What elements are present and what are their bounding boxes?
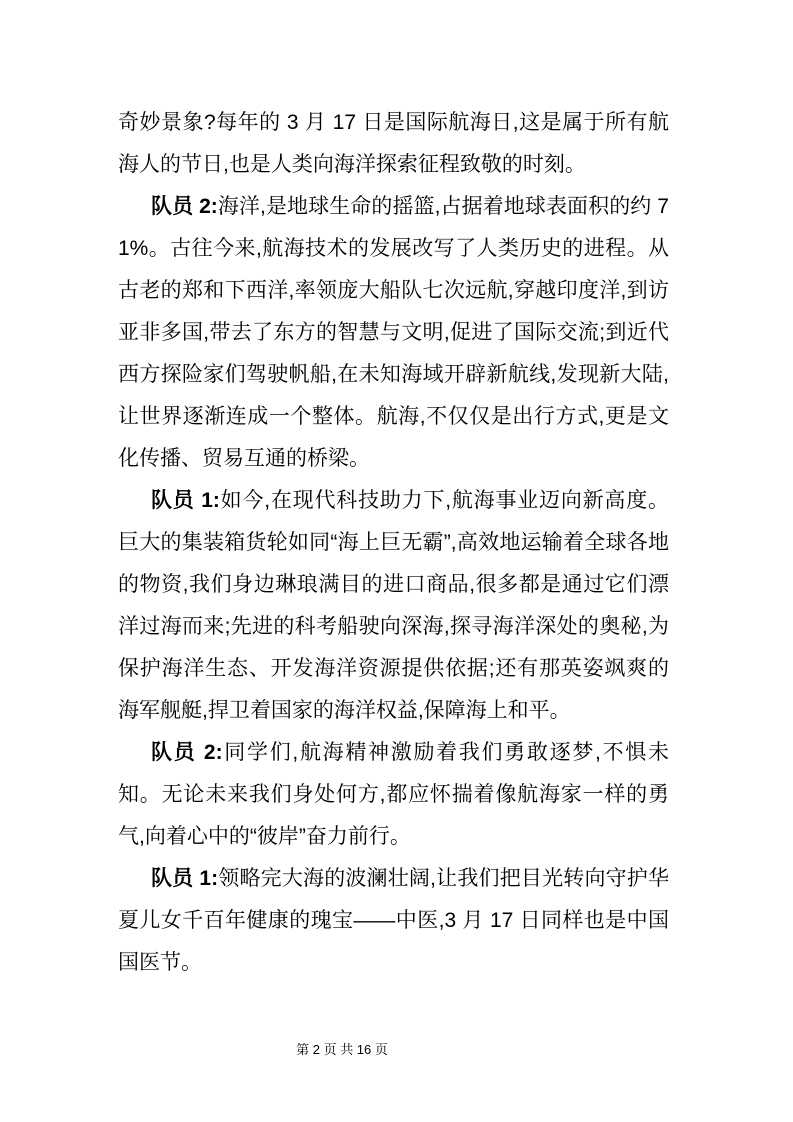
paragraph: 队员 2:同学们,航海精神激励着我们勇敢逐梦,不惧未知。无论未来我们身处何方,都…: [118, 732, 669, 858]
document-body: 奇妙景象?每年的 3 月 17 日是国际航海日,这是属于所有航海人的节日,也是人…: [118, 102, 669, 984]
paragraph: 奇妙景象?每年的 3 月 17 日是国际航海日,这是属于所有航海人的节日,也是人…: [118, 102, 669, 186]
paragraph: 队员 1:如今,在现代科技助力下,航海事业迈向新高度。巨大的集装箱货轮如同“海上…: [118, 480, 669, 732]
speaker-label: 队员 1:: [151, 489, 220, 512]
paragraph-text: 奇妙景象?每年的 3 月 17 日是国际航海日,这是属于所有航海人的节日,也是人…: [118, 111, 669, 176]
paragraph-text: 如今,在现代科技助力下,航海事业迈向新高度。巨大的集装箱货轮如同“海上巨无霸”,…: [118, 489, 669, 722]
paragraph-text: 海洋,是地球生命的摇篮,占据着地球表面积的约 71%。古往今来,航海技术的发展改…: [118, 195, 669, 470]
page-footer: 第 2 页 共 16 页: [296, 1042, 388, 1058]
speaker-label: 队员 2:: [151, 195, 218, 218]
speaker-label: 队员 2:: [151, 741, 223, 764]
page-number: 第 2 页 共 16 页: [296, 1042, 388, 1057]
paragraph: 队员 2:海洋,是地球生命的摇篮,占据着地球表面积的约 71%。古往今来,航海技…: [118, 186, 669, 480]
paragraph: 队员 1:领略完大海的波澜壮阔,让我们把目光转向守护华夏儿女千百年健康的瑰宝——…: [118, 858, 669, 984]
speaker-label: 队员 1:: [151, 867, 218, 890]
document-page: 奇妙景象?每年的 3 月 17 日是国际航海日,这是属于所有航海人的节日,也是人…: [0, 0, 793, 1122]
